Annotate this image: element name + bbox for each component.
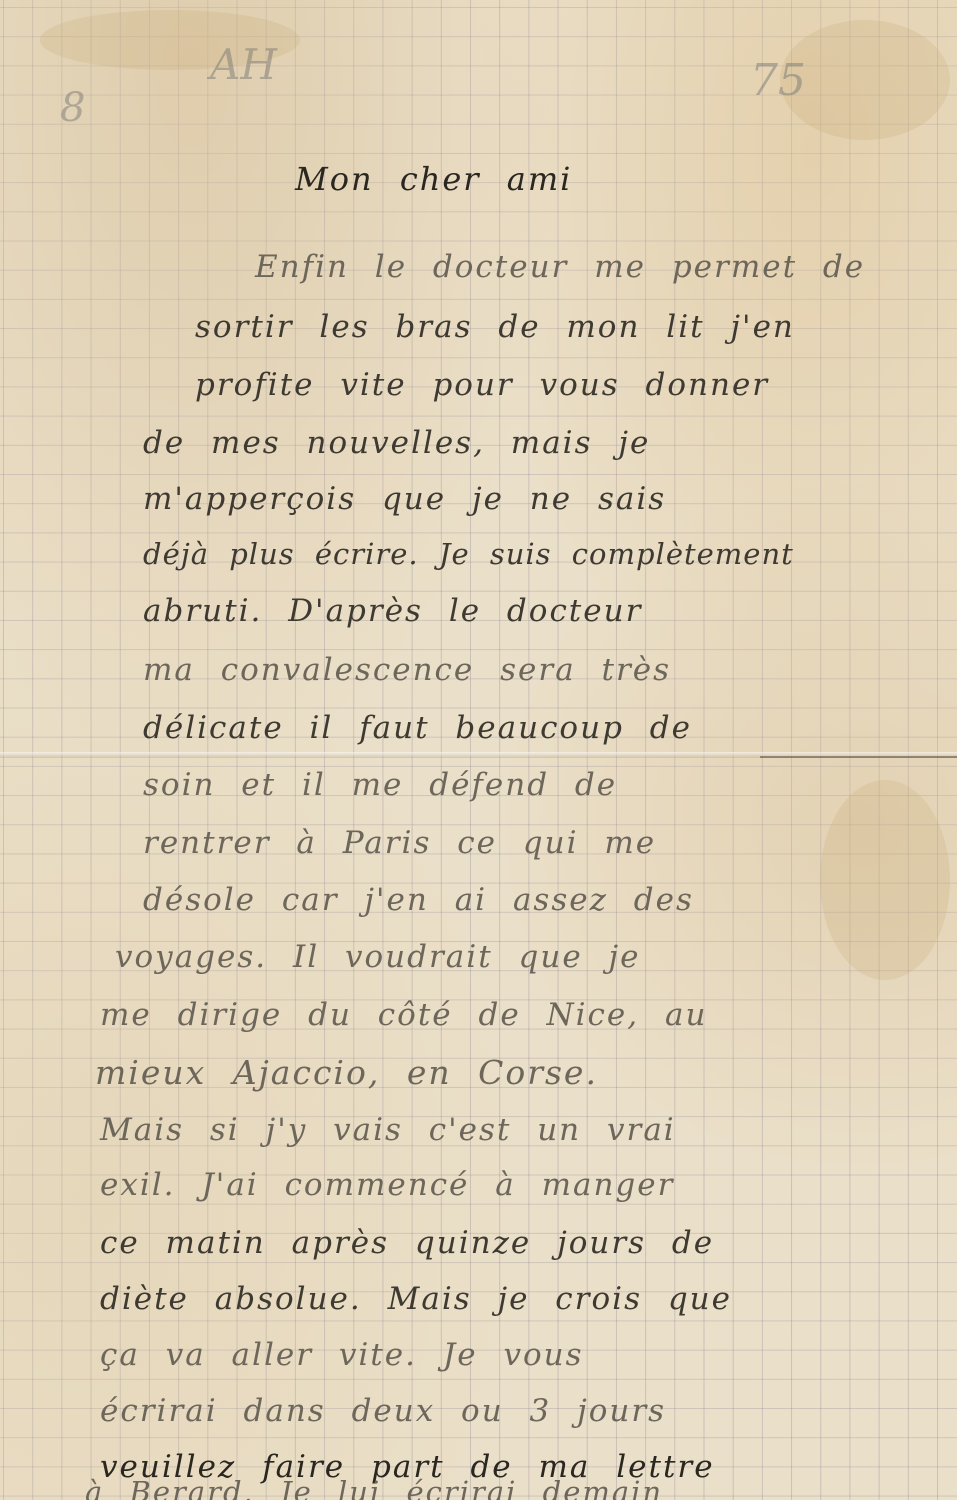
letter-page: 8 AH 75 Mon cher ami Enfin le docteur me… — [0, 0, 957, 1500]
letter-line: rentrer à Paris ce qui me — [143, 828, 656, 859]
letter-line: ce matin après quinze jours de — [100, 1228, 714, 1259]
letter-line: à Berard. Je lui écrirai demain — [85, 1478, 663, 1500]
pencil-mark-center: AH — [210, 40, 277, 89]
letter-line: ça va aller vite. Je vous — [100, 1340, 584, 1371]
letter-line: m'apperçois que je ne sais — [143, 484, 666, 515]
letter-line: Enfin le docteur me permet de — [255, 252, 865, 283]
letter-line: abruti. D'après le docteur — [143, 596, 642, 627]
letter-line: voyages. Il voudrait que je — [115, 942, 640, 973]
letter-line: délicate il faut beaucoup de — [143, 713, 692, 744]
letter-line: Mais si j'y vais c'est un vrai — [100, 1115, 676, 1146]
pencil-mark-right: 75 — [750, 55, 806, 106]
letter-line: profite vite pour vous donner — [195, 370, 769, 401]
letter-line: désole car j'en ai assez des — [143, 885, 694, 916]
letter-line: diète absolue. Mais je crois que — [100, 1284, 732, 1315]
letter-line: sortir les bras de mon lit j'en — [195, 312, 795, 343]
letter-line: ma convalescence sera très — [143, 655, 671, 686]
letter-line: exil. J'ai commencé à manger — [100, 1170, 674, 1201]
paper-fold-shadow — [760, 756, 957, 758]
letter-line: de mes nouvelles, mais je — [143, 428, 650, 459]
letter-line: écrirai dans deux ou 3 jours — [100, 1396, 666, 1427]
letter-line: mieux Ajaccio, en Corse. — [95, 1056, 598, 1089]
letter-line: me dirige du côté de Nice, au — [100, 1000, 707, 1031]
letter-line: déjà plus écrire. Je suis complètement — [143, 540, 794, 569]
letter-line: soin et il me défend de — [143, 770, 617, 801]
salutation: Mon cher ami — [295, 163, 572, 195]
paper-stain — [820, 780, 950, 980]
pencil-mark-left: 8 — [60, 85, 85, 131]
